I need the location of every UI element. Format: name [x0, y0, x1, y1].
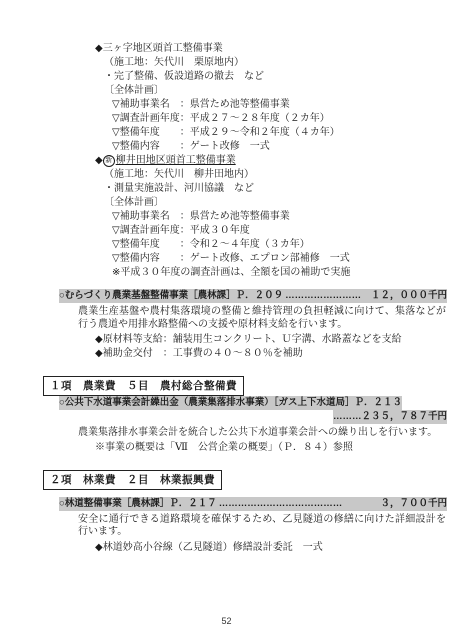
- project-title: ◆三ヶ字地区頭首工整備事業: [95, 42, 453, 56]
- detail-line: （施工地：矢代川 栗原地内）: [104, 56, 453, 70]
- underlined-project-title: 新柳井田地区頭首工整備事業: [103, 155, 236, 166]
- section-box-header-agriculture: １項 農業費 ５目 農村総合整備費: [43, 376, 244, 396]
- dot-leader: ……………………: [285, 289, 369, 303]
- diamond-marker: ◆: [95, 155, 103, 166]
- heading-label: ○林道整備事業［農林課］Ｐ．２１７: [59, 497, 217, 511]
- sub-item: ◆原材料等支給：舗装用生コンクリート、Ｕ字溝、水路蓋などを支給: [95, 333, 453, 347]
- heading-label: ○むらづくり農業基盤整備事業［農林課］Ｐ．２０９: [59, 289, 283, 303]
- body-paragraph: 農業生産基盤や農村集落環境の整備と維持管理の負担軽減に向けて、集落などが行う農道…: [78, 306, 446, 331]
- document-page: ◆三ヶ字地区頭首工整備事業 （施工地：矢代川 栗原地内） ・完了整備、仮設道路の…: [0, 0, 453, 640]
- page-content: ◆三ヶ字地区頭首工整備事業 （施工地：矢代川 栗原地内） ・完了整備、仮設道路の…: [0, 42, 453, 554]
- detail-line: ・測量実施設計、河川協議 など: [104, 182, 453, 196]
- detail-line: ・完了整備、仮設道路の撤去 など: [104, 70, 453, 84]
- section-heading-rindo: ○林道整備事業［農林課］Ｐ．２１７ ………………………………… ３，７００千円: [59, 497, 447, 511]
- spec-line: ▽補助事業名 ：県営ため池等整備事業: [112, 210, 453, 224]
- project-title: ◆新柳井田地区頭首工整備事業: [95, 154, 453, 168]
- sub-items: ◆林道妙高小谷線（乙見隧道）修繕設計委託 一式: [0, 541, 453, 555]
- heading-amount: ３，７００千円: [380, 497, 447, 511]
- box-header-row: １項 農業費 ５目 農村総合整備費: [0, 376, 453, 396]
- page-number: 52: [0, 616, 453, 626]
- heading-label: ○公共下水道事業会計繰出金（農業集落排水事業）［ガス上下水道局］Ｐ．２１３: [59, 396, 402, 410]
- spec-line: ▽整備年度 ：平成２９～令和２年度（４カ年）: [112, 126, 453, 140]
- detail-line: 〔全体計画〕: [104, 84, 453, 98]
- section-heading-muradukuri: ○むらづくり農業基盤整備事業［農林課］Ｐ．２０９ …………………… １２，０００…: [59, 289, 447, 303]
- spec-line: ▽整備内容 ：ゲート改修 一式: [112, 140, 453, 154]
- dot-leader: …………………………………: [219, 497, 379, 511]
- project-title-text: 柳井田地区頭首工整備事業: [116, 155, 236, 166]
- detail-line: 〔全体計画〕: [104, 196, 453, 210]
- body-paragraph: 農業集落排水事業会計を統合した公共下水道事業会計への繰り出しを行います。: [78, 427, 446, 440]
- detail-line: （施工地：矢代川 柳井田地内）: [104, 168, 453, 182]
- spec-line: ▽補助事業名 ：県営ため池等整備事業: [112, 98, 453, 112]
- spec-line: ▽整備年度 ：令和２～４年度（３カ年）: [112, 238, 453, 252]
- new-project-badge: 新: [103, 155, 115, 167]
- spec-line: ▽調査計画年度：平成２７～２８年度（２カ年）: [112, 112, 453, 126]
- spec-line: ▽整備内容 ：ゲート改修、エプロン部補修 一式: [112, 252, 453, 266]
- section-box-header-forestry: ２項 林業費 ２目 林業振興費: [43, 470, 222, 490]
- sub-items: ◆原材料等支給：舗装用生コンクリート、Ｕ字溝、水路蓋などを支給 ◆補助金交付 ：…: [0, 333, 453, 360]
- reference-note: ※事業の概要は「Ⅶ 公営企業の概要」（Ｐ．８４）参照: [95, 441, 446, 454]
- section-heading-sewer-line1: ○公共下水道事業会計繰出金（農業集落排水事業）［ガス上下水道局］Ｐ．２１３: [59, 396, 447, 410]
- body-paragraph: 安全に通行できる道路環境を確保するため、乙見隧道の修繕に向けた詳細設計を行います…: [78, 514, 446, 539]
- spec-line: ▽調査計画年度：平成３０年度: [112, 224, 453, 238]
- heading-amount: ………２３５，７８７千円: [333, 410, 447, 424]
- section-heading-sewer-line2: ………２３５，７８７千円: [0, 410, 447, 424]
- sub-item: ◆補助金交付 ：工事費の４０～８０％を補助: [95, 347, 453, 361]
- sub-item: ◆林道妙高小谷線（乙見隧道）修繕設計委託 一式: [95, 541, 453, 555]
- heading-amount: １２，０００千円: [371, 289, 447, 303]
- note-line: ※平成３０年度の調査計画は、全額を国の補助で実施: [112, 266, 453, 280]
- box-header-row: ２項 林業費 ２目 林業振興費: [0, 470, 453, 490]
